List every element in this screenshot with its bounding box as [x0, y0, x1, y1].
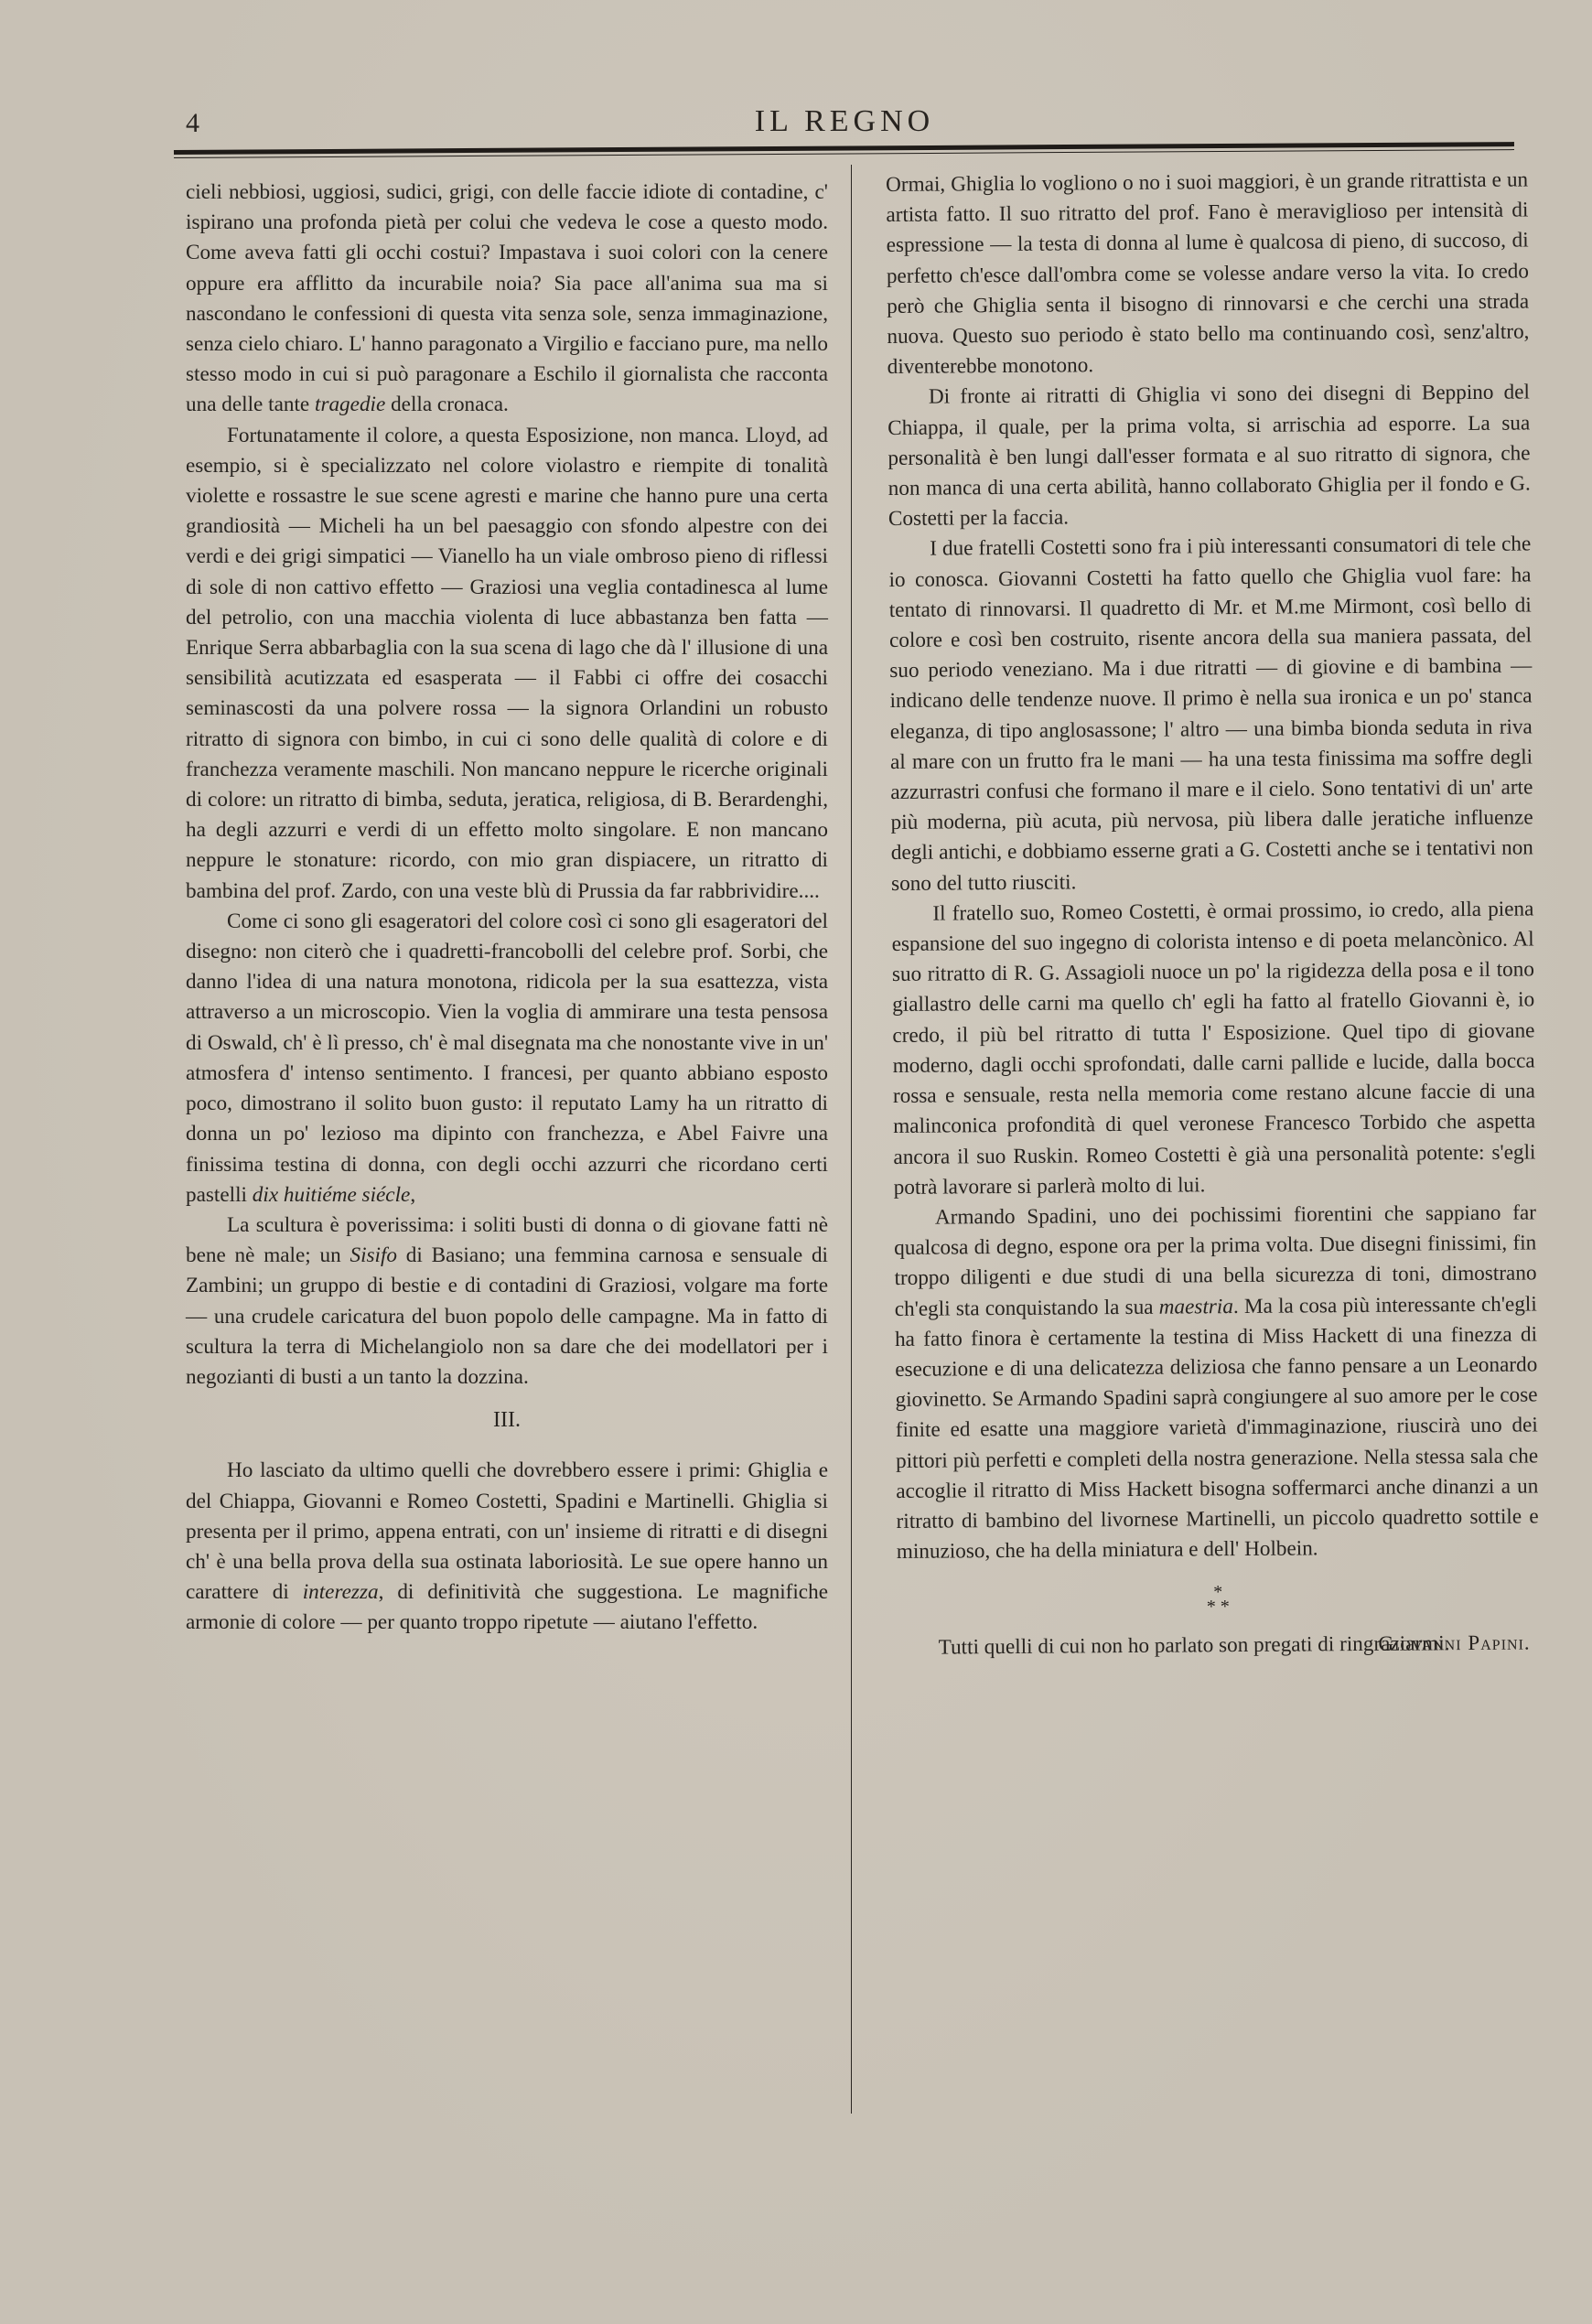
paragraph: Armando Spadini, uno dei pochissimi fior… [894, 1198, 1539, 1567]
asterism-separator: * * * [897, 1583, 1539, 1618]
text-run: Fortunatamente il colore, a questa Espos… [186, 424, 828, 903]
italic-phrase: maestria [1159, 1295, 1233, 1319]
right-paragraphs: Ormai, Ghiglia lo vogliono o no i suoi m… [886, 165, 1539, 1567]
paragraph: I due fratelli Costetti sono fra i più i… [888, 530, 1533, 899]
closing-paragraph: Tutti quelli di cui non ho parlato son p… [898, 1629, 1540, 1664]
text-run: , [410, 1183, 415, 1207]
text-run: Ormai, Ghiglia lo vogliono o no i suoi m… [886, 167, 1529, 379]
author-signature: Giovanni Papini. [1378, 1629, 1531, 1661]
text-run: Il fratello suo, Romeo Costetti, è ormai… [892, 897, 1536, 1199]
paragraph: Ormai, Ghiglia lo vogliono o no i suoi m… [886, 165, 1530, 382]
section-heading: III. [186, 1405, 828, 1436]
left-column: cieli nebbiosi, uggiosi, sudici, grigi, … [186, 178, 828, 1639]
italic-phrase: Sisifo [350, 1243, 397, 1267]
italic-phrase: tragedie [315, 393, 385, 416]
column-divider [851, 165, 852, 2114]
text-run: Di fronte ai ritratti di Ghiglia vi sono… [887, 381, 1531, 531]
italic-phrase: dix huitiéme siécle [253, 1183, 411, 1207]
paragraph: Ho lasciato da ultimo quelli che dovrebb… [186, 1456, 828, 1638]
text-run: . Ma la cosa più interessante ch'egli ha… [895, 1292, 1539, 1564]
text-run: Come ci sono gli esageratori del colore … [186, 909, 828, 1207]
paragraph: cieli nebbiosi, uggiosi, sudici, grigi, … [186, 178, 828, 421]
page-header: 4 IL REGNO [186, 102, 1503, 148]
left-paragraphs-after-heading: Ho lasciato da ultimo quelli che dovrebb… [186, 1456, 828, 1638]
text-run: cieli nebbiosi, uggiosi, sudici, grigi, … [186, 180, 828, 416]
paragraph: Di fronte ai ritratti di Ghiglia vi sono… [887, 378, 1531, 535]
masthead-title: IL REGNO [186, 104, 1503, 139]
text-run: I due fratelli Costetti sono fra i più i… [888, 533, 1533, 896]
paragraph: Fortunatamente il colore, a questa Espos… [186, 421, 828, 907]
text-run: della cronaca. [385, 393, 509, 416]
paragraph: Come ci sono gli esageratori del colore … [186, 907, 828, 1210]
italic-phrase: interezza [303, 1580, 379, 1604]
paragraph: La scultura è poverissima: i soliti bust… [186, 1210, 828, 1393]
left-paragraphs: cieli nebbiosi, uggiosi, sudici, grigi, … [186, 178, 828, 1393]
right-column: Ormai, Ghiglia lo vogliono o no i suoi m… [886, 165, 1540, 1663]
paragraph: Il fratello suo, Romeo Costetti, è ormai… [891, 894, 1536, 1203]
